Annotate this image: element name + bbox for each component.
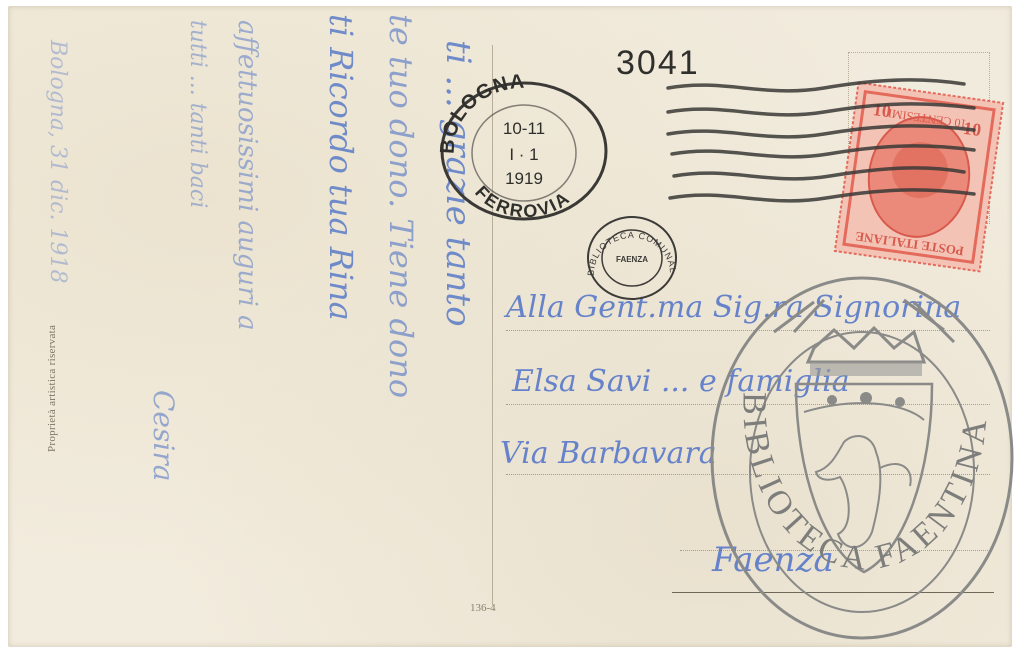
cancellation-waves <box>664 78 984 218</box>
message-line: affettuosissimi auguri a <box>232 20 262 331</box>
print-code: 136-4 <box>470 602 496 614</box>
library-stamp-center: FAENZA <box>616 255 648 264</box>
postmark-city: BOLOGNA <box>437 71 526 155</box>
svg-text:BOLOGNA: BOLOGNA <box>437 71 526 155</box>
address-line-3: Via Barbavara <box>500 436 717 471</box>
library-stamp-small: BIBLIOTECA COMUNALE FAENZA <box>582 212 682 304</box>
library-stamp-ring: BIBLIOTECA COMUNALE <box>578 204 678 276</box>
message-line: tutti ... tanti baci <box>185 20 210 208</box>
printed-notice: Proprietà artistica riservata <box>46 325 58 452</box>
postmark-line2: I · 1 <box>509 145 538 164</box>
message-line: te tuo dono. Tiene dono <box>382 14 420 398</box>
postmark-year: 1919 <box>505 169 543 188</box>
date-line: Bologna, 31 dic. 1918 <box>45 40 70 283</box>
bologna-postmark: BOLOGNA FERROVIA 10-11 I · 1 1919 <box>436 76 616 226</box>
signature: Cesira <box>147 390 180 481</box>
postmark-line1: 10-11 <box>503 119 545 138</box>
svg-text:BIBLIOTECA COMUNALE: BIBLIOTECA COMUNALE <box>578 204 678 276</box>
message-line: ti Ricordo tua Rina <box>322 14 360 321</box>
library-seal-large: BIBLIOTECA FAENTINA <box>704 272 1016 644</box>
